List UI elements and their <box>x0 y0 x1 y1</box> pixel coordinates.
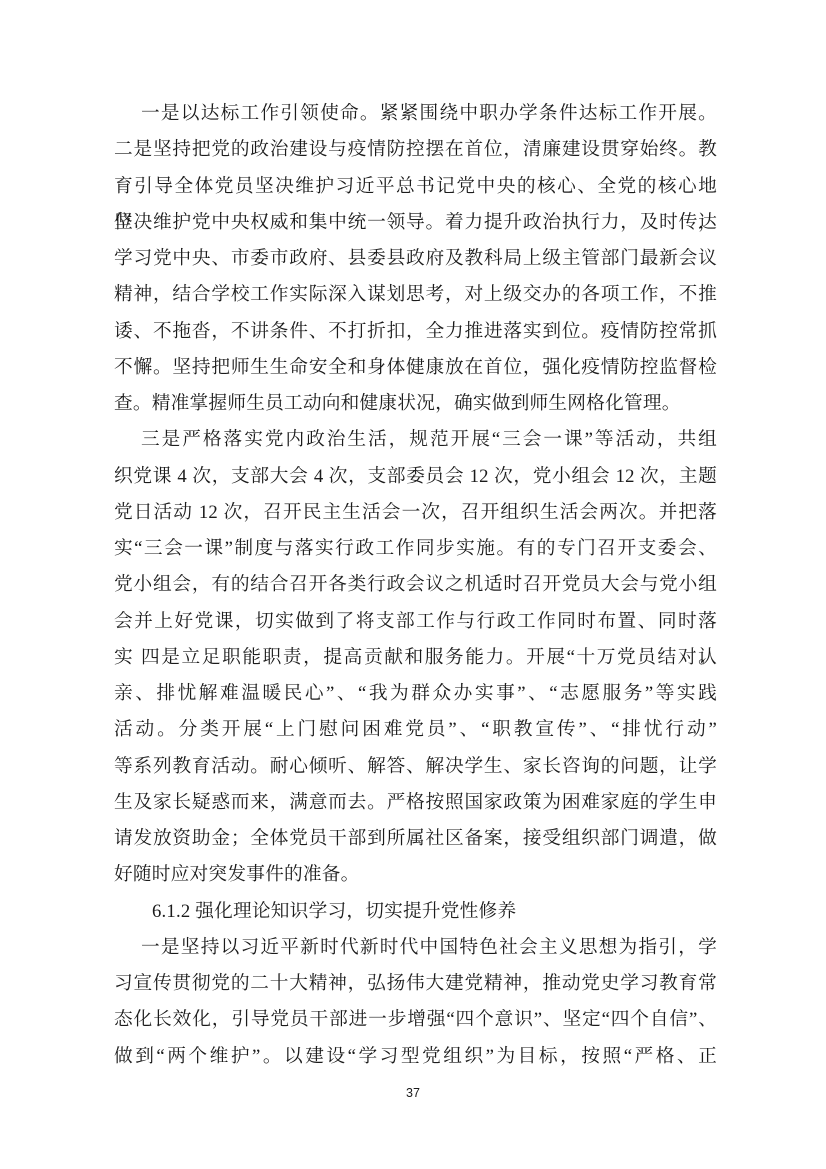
text-line: 坚决维护党中央权威和集中统一领导。着力提升政治执行力，及时传达 <box>114 205 717 241</box>
text-line: 请发放资助金；全体党员干部到所属社区备案，接受组织部门调遣，做 <box>114 821 717 857</box>
text-line: 精神，结合学校工作实际深入谋划思考，对上级交办的各项工作，不推 <box>114 277 717 313</box>
text-line: 实“三会一课”制度与落实行政工作同步实施。有的专门召开支委会、 <box>114 531 717 567</box>
text-line: 三是严格落实党内政治生活，规范开展“三会一课”等活动，共组 <box>114 422 717 458</box>
text-line: 亲、排忧解难温暖民心”、“我为群众办实事”、“志愿服务”等实践 <box>114 676 717 712</box>
text-line: 织党课 4 次，支部大会 4 次，支部委员会 12 次，党小组会 12 次，主题 <box>114 459 717 495</box>
text-line: 好随时应对突发事件的准备。 <box>114 857 717 893</box>
text-line: 查。精准掌握师生员工动向和健康状况，确实做到师生网格化管理。 <box>114 386 717 422</box>
text-line: 育引导全体党员坚决维护习近平总书记党中央的核心、全党的核心地位， <box>114 169 717 205</box>
page-number: 37 <box>0 1086 826 1100</box>
text-line: 党日活动 12 次，召开民主生活会一次，召开组织生活会两次。并把落 <box>114 495 717 531</box>
text-line: 诿、不拖沓，不讲条件、不打折扣，全力推进落实到位。疫情防控常抓 <box>114 314 717 350</box>
text-line: 二是坚持把党的政治建设与疫情防控摆在首位，清廉建设贯穿始终。教 <box>114 132 717 168</box>
text-line: 一是坚持以习近平新时代新时代中国特色社会主义思想为指引，学 <box>114 930 717 966</box>
text-line: 生及家长疑惑而来，满意而去。严格按照国家政策为困难家庭的学生申 <box>114 785 717 821</box>
heading-line: 6.1.2 强化理论知识学习，切实提升党性修养 <box>114 894 717 930</box>
text-line: 学习党中央、市委市政府、县委县政府及教科局上级主管部门最新会议 <box>114 241 717 277</box>
text-line: 活动。分类开展“上门慰问困难党员”、“职教宣传”、“排忧行动” <box>114 712 717 748</box>
text-line: 等系列教育活动。耐心倾听、解答、解决学生、家长咨询的问题，让学 <box>114 749 717 785</box>
text-line: 一是以达标工作引领使命。紧紧围绕中职办学条件达标工作开展。 <box>114 96 717 132</box>
text-line: 会并上好党课，切实做到了将支部工作与行政工作同时布置、同时落实。 <box>114 604 717 640</box>
text-line: 四是立足职能职责，提高贡献和服务能力。开展“十万党员结对认 <box>114 640 717 676</box>
text-line: 习宣传贯彻党的二十大精神，弘扬伟大建党精神，推动党史学习教育常 <box>114 966 717 1002</box>
text-line: 做到“两个维护”。以建设“学习型党组织”为目标，按照“严格、正 <box>114 1039 717 1075</box>
text-line: 态化长效化，引导党员干部进一步增强“四个意识”、坚定“四个自信”、 <box>114 1002 717 1038</box>
document-body: 一是以达标工作引领使命。紧紧围绕中职办学条件达标工作开展。二是坚持把党的政治建设… <box>114 96 717 1075</box>
text-line: 不懈。坚持把师生生命安全和身体健康放在首位，强化疫情防控监督检 <box>114 350 717 386</box>
document-page: 一是以达标工作引领使命。紧紧围绕中职办学条件达标工作开展。二是坚持把党的政治建设… <box>0 0 826 1169</box>
text-line: 党小组会，有的结合召开各类行政会议之机适时召开党员大会与党小组 <box>114 567 717 603</box>
